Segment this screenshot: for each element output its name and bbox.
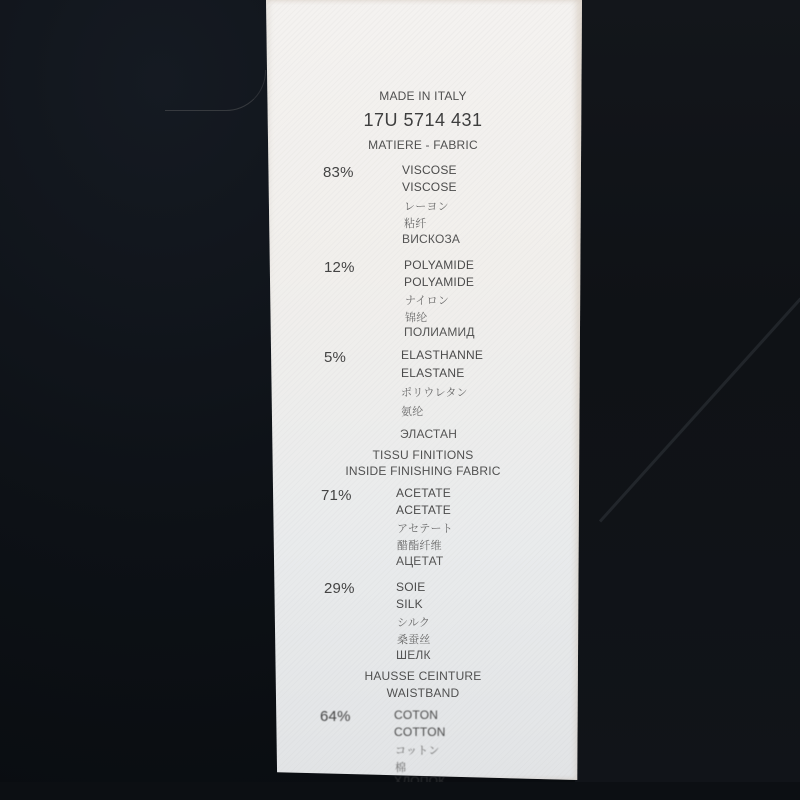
lining-1-en: SILK [396, 597, 423, 611]
fabric-0-fr: VISCOSE [402, 163, 457, 177]
section-waist-fr: HAUSSE CEINTURE [364, 669, 481, 683]
lining-1-ru: ШЕЛК [396, 648, 431, 662]
fabric-pct-1: 12% [324, 259, 355, 276]
fabric-1-fr: POLYAMIDE [404, 258, 474, 272]
lining-1-cn: 桑蚕丝 [397, 631, 431, 647]
fabric-2-jp: ポリウレタン [401, 384, 468, 400]
fabric-2-en: ELASTANE [401, 366, 464, 380]
fabric-pct-2: 5% [324, 349, 346, 366]
lining-0-cn: 醋酯纤维 [397, 537, 442, 553]
section-fabric: MATIERE - FABRIC [368, 138, 478, 152]
fabric-0-cn: 粘纤 [404, 215, 426, 231]
lining-pct-0: 71% [321, 487, 352, 504]
section-waist-en: WAISTBAND [387, 686, 460, 700]
fabric-1-jp: ナイロン [405, 292, 449, 308]
black-fabric-bottom [0, 782, 800, 800]
section-lining-fr: TISSU FINITIONS [372, 448, 473, 462]
waist-0-fr: COTON [394, 708, 438, 722]
waist-0-cn: 棉 [395, 759, 406, 775]
lining-0-ru: АЦЕТАТ [396, 554, 443, 568]
fabric-0-en: VISCOSE [402, 180, 457, 194]
section-lining-en: INSIDE FINISHING FABRIC [345, 464, 500, 478]
lining-1-jp: シルク [397, 614, 430, 630]
label-origin: MADE IN ITALY [379, 89, 467, 103]
fabric-0-jp: レーヨン [404, 198, 449, 214]
lining-0-jp: アセテート [397, 520, 453, 536]
lining-1-fr: SOIE [396, 580, 425, 594]
loose-thread [165, 70, 266, 111]
fabric-0-ru: ВИСКОЗА [402, 232, 460, 246]
fabric-2-ru: ЭЛАСТАН [400, 427, 457, 441]
fabric-1-en: POLYAMIDE [404, 275, 474, 289]
black-fabric-right [575, 0, 800, 800]
lining-0-en: ACETATE [396, 503, 451, 517]
fabric-2-fr: ELASTHANNE [401, 348, 483, 362]
waist-0-jp: コットン [395, 742, 440, 758]
label-code: 17U 5714 431 [363, 110, 482, 131]
waist-0-en: COTTON [394, 725, 446, 739]
fabric-1-ru: ПОЛИАМИД [404, 325, 475, 339]
fabric-2-cn: 氨纶 [401, 403, 423, 419]
fabric-pct-0: 83% [323, 164, 354, 181]
lining-0-fr: ACETATE [396, 486, 451, 500]
waist-pct-0: 64% [320, 708, 351, 725]
fabric-1-cn: 锦纶 [405, 309, 427, 325]
lining-pct-1: 29% [324, 580, 355, 597]
garment-photo: MADE IN ITALY 17U 5714 431 MATIERE - FAB… [0, 0, 800, 800]
